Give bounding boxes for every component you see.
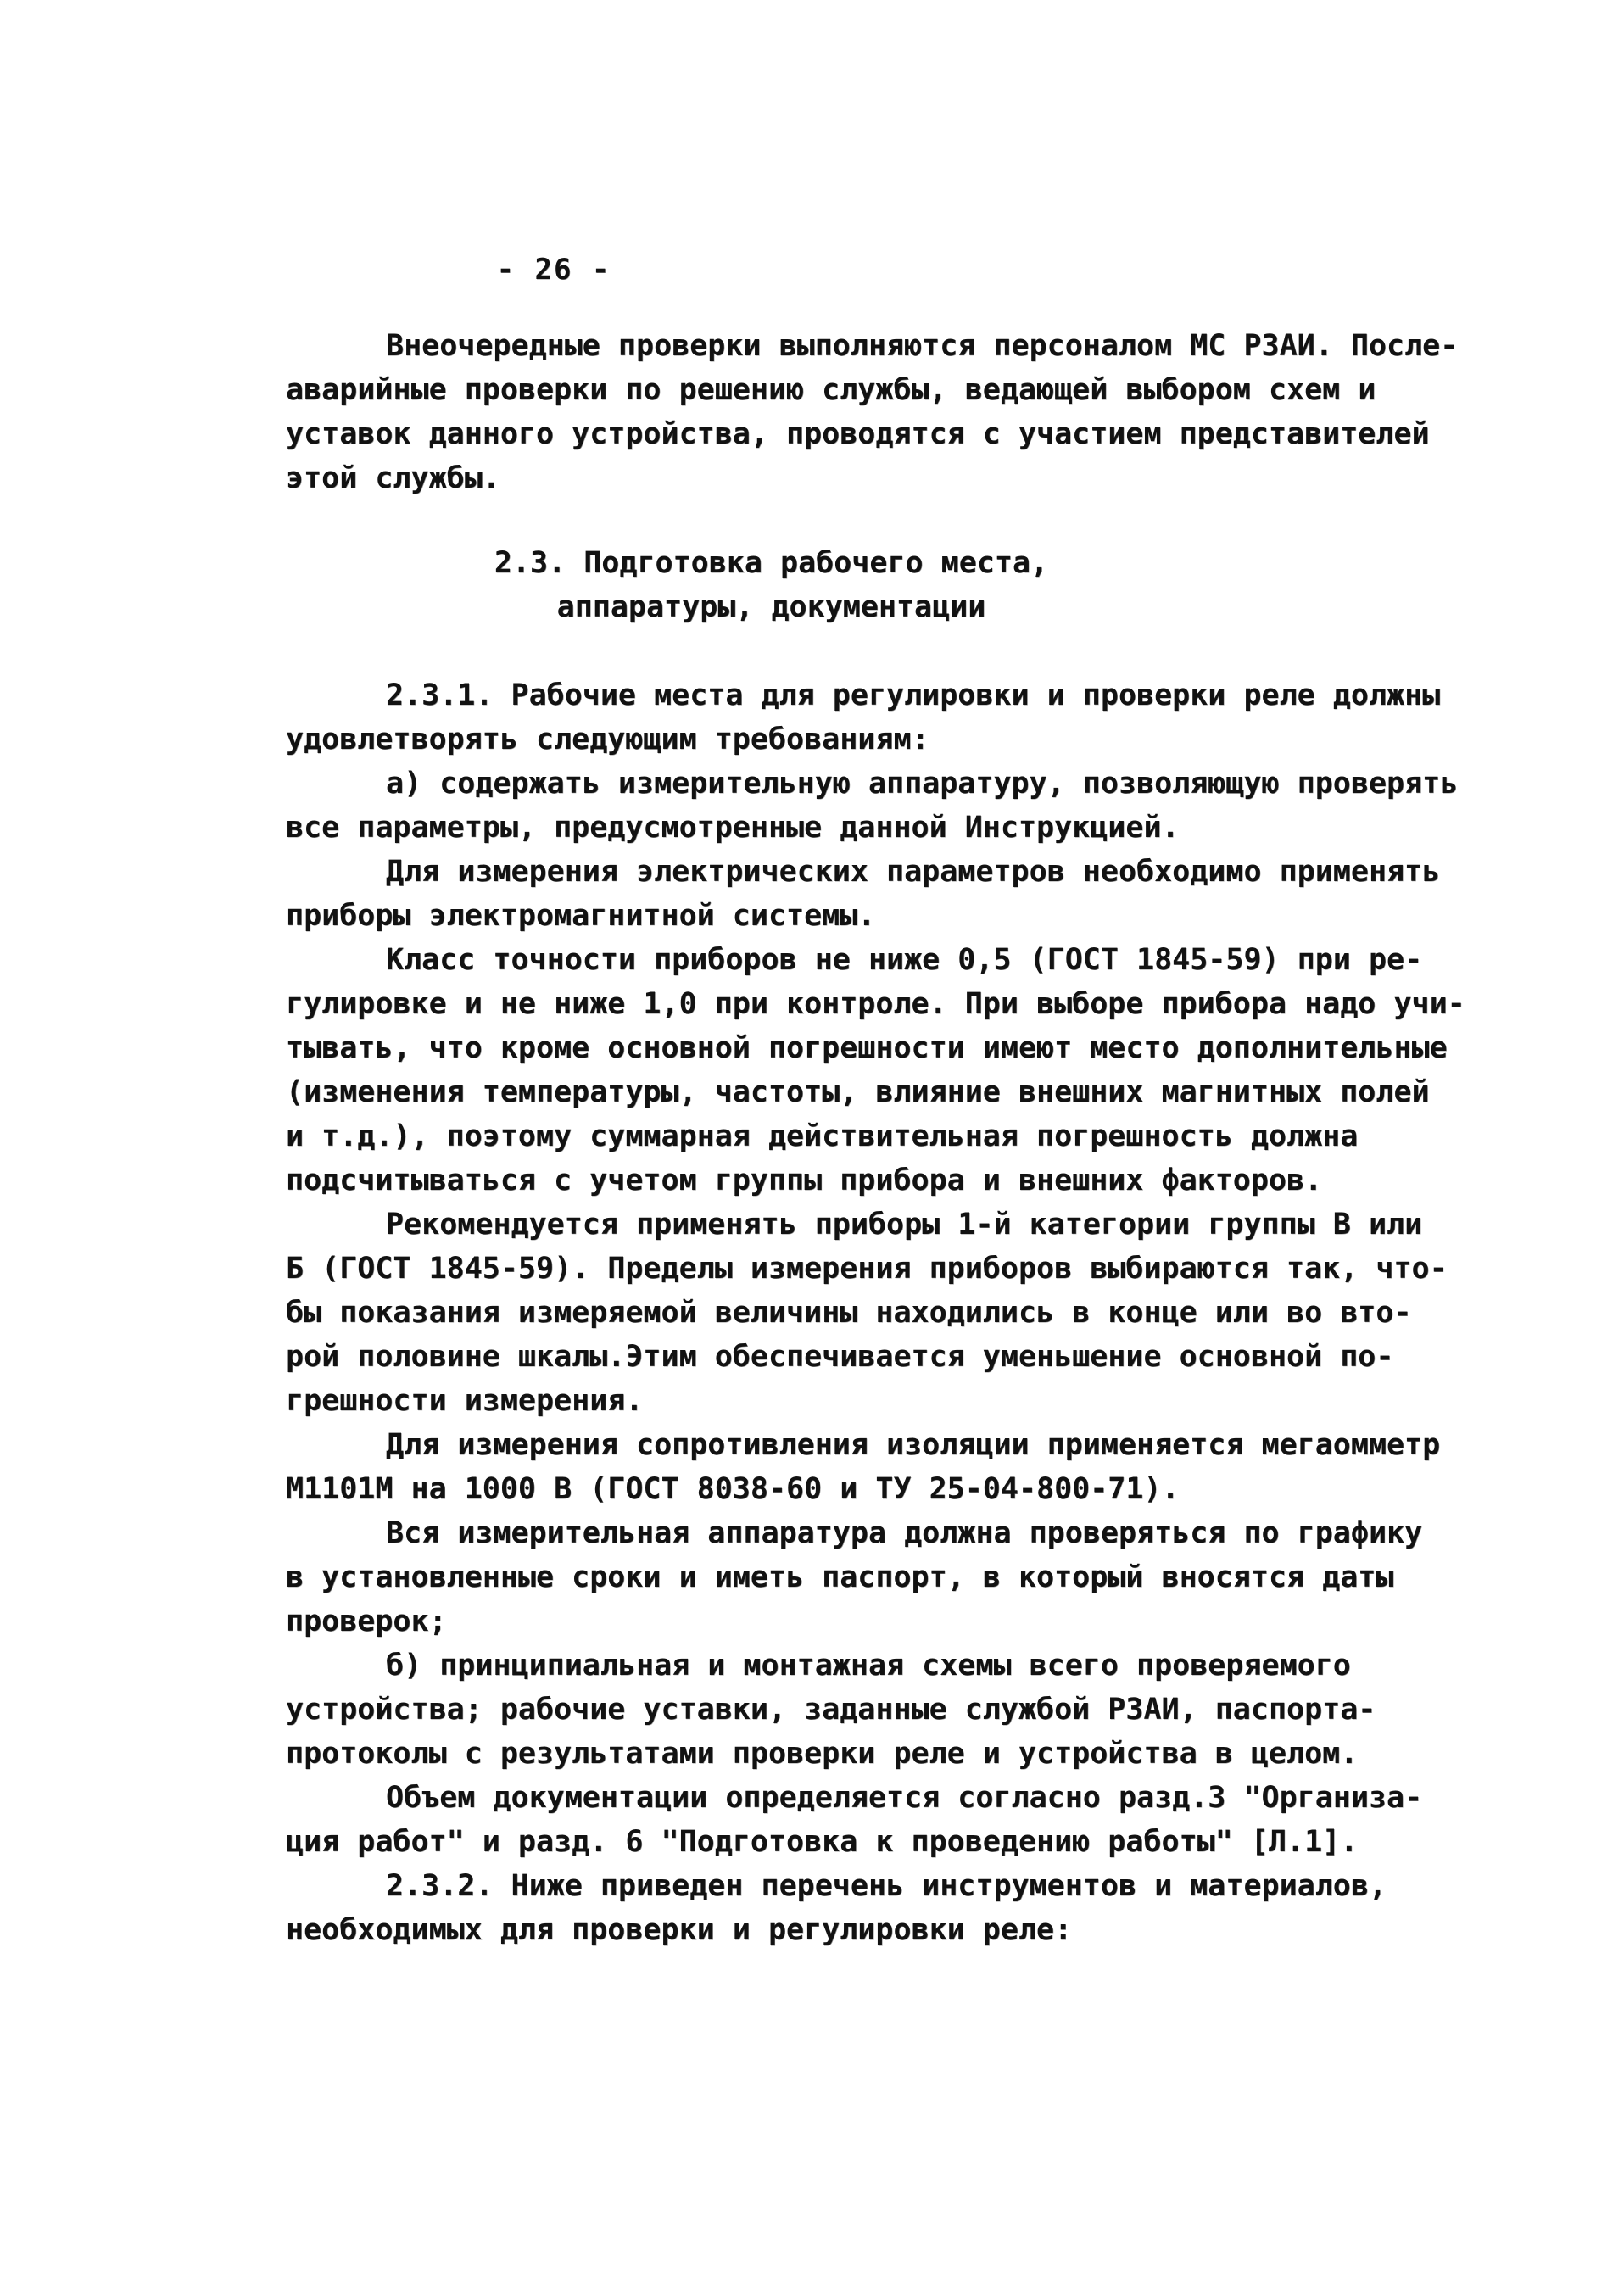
paragraph-line: уставок данного устройства, проводятся с… — [286, 412, 1473, 456]
paragraph: Внеочередные проверки выполняются персон… — [286, 324, 1473, 500]
paragraph-line: ция работ" и разд. 6 "Подготовка к прове… — [286, 1820, 1473, 1864]
paragraph-line: необходимых для проверки и регулировки р… — [286, 1908, 1473, 1952]
paragraph: Для измерения электрических параметров н… — [286, 850, 1473, 938]
paragraph: Класс точности приборов не ниже 0,5 (ГОС… — [286, 938, 1473, 1203]
paragraph-line: грешности измерения. — [286, 1379, 1473, 1423]
paragraph-line: и т.д.), поэтому суммарная действительна… — [286, 1114, 1473, 1158]
paragraph-line: аварийные проверки по решению службы, ве… — [286, 368, 1473, 412]
paragraph-line: М1101М на 1000 В (ГОСТ 8038-60 и ТУ 25-0… — [286, 1467, 1473, 1511]
paragraph-line: Объем документации определяется согласно… — [286, 1776, 1473, 1820]
paragraph: а) содержать измерительную аппаратуру, п… — [286, 762, 1473, 850]
paragraph-line: приборы электромагнитной системы. — [286, 894, 1473, 938]
paragraph-line: (изменения температуры, частоты, влияние… — [286, 1070, 1473, 1114]
paragraph-line: в установленные сроки и иметь паспорт, в… — [286, 1555, 1473, 1599]
paragraph: б) принципиальная и монтажная схемы всег… — [286, 1643, 1473, 1776]
paragraph-line: удовлетворять следующим требованиям: — [286, 717, 1473, 762]
paragraph: Для измерения сопротивления изоляции при… — [286, 1423, 1473, 1511]
paragraph-line: подсчитываться с учетом группы прибора и… — [286, 1158, 1473, 1203]
paragraph: Объем документации определяется согласно… — [286, 1776, 1473, 1864]
paragraph-line: 2.3.2. Ниже приведен перечень инструмент… — [286, 1864, 1473, 1908]
paragraph-line: а) содержать измерительную аппаратуру, п… — [286, 762, 1473, 806]
paragraph-line: гулировке и не ниже 1,0 при контроле. Пр… — [286, 982, 1473, 1026]
paragraph-line: Рекомендуется применять приборы 1-й кате… — [286, 1203, 1473, 1247]
paragraph-line: Класс точности приборов не ниже 0,5 (ГОС… — [286, 938, 1473, 982]
paragraph: Рекомендуется применять приборы 1-й кате… — [286, 1203, 1473, 1423]
paragraph: 2.3.2. Ниже приведен перечень инструмент… — [286, 1864, 1473, 1952]
section-heading-line: аппаратуры, документации — [286, 585, 1257, 629]
paragraph: Вся измерительная аппаратура должна пров… — [286, 1511, 1473, 1643]
page-number: - 26 - — [0, 253, 1108, 287]
paragraph-line: устройства; рабочие уставки, заданные сл… — [286, 1688, 1473, 1732]
document-page: - 26 - Внеочередные проверки выполняются… — [0, 0, 1624, 2288]
section-heading: 2.3. Подготовка рабочего места, аппарату… — [286, 541, 1257, 629]
paragraph-line: Б (ГОСТ 1845-59). Пределы измерения приб… — [286, 1247, 1473, 1291]
paragraph-line: Внеочередные проверки выполняются персон… — [286, 324, 1473, 368]
paragraph-line: бы показания измеряемой величины находил… — [286, 1291, 1473, 1335]
paragraph: 2.3.1. Рабочие места для регулировки и п… — [286, 673, 1473, 762]
paragraph-line: тывать, что кроме основной погрешности и… — [286, 1026, 1473, 1070]
paragraph-line: все параметры, предусмотренные данной Ин… — [286, 806, 1473, 850]
paragraph-line: этой службы. — [286, 456, 1473, 500]
paragraph-line: б) принципиальная и монтажная схемы всег… — [286, 1643, 1473, 1688]
paragraph-line: проверок; — [286, 1599, 1473, 1643]
paragraph-line: Для измерения сопротивления изоляции при… — [286, 1423, 1473, 1467]
section-heading-line: 2.3. Подготовка рабочего места, — [286, 541, 1257, 585]
paragraph-line: протоколы с результатами проверки реле и… — [286, 1732, 1473, 1776]
paragraph-line: 2.3.1. Рабочие места для регулировки и п… — [286, 673, 1473, 717]
paragraph-line: рой половине шкалы.Этим обеспечивается у… — [286, 1335, 1473, 1379]
paragraph-line: Для измерения электрических параметров н… — [286, 850, 1473, 894]
paragraph-line: Вся измерительная аппаратура должна пров… — [286, 1511, 1473, 1555]
page-body: Внеочередные проверки выполняются персон… — [286, 324, 1473, 1952]
